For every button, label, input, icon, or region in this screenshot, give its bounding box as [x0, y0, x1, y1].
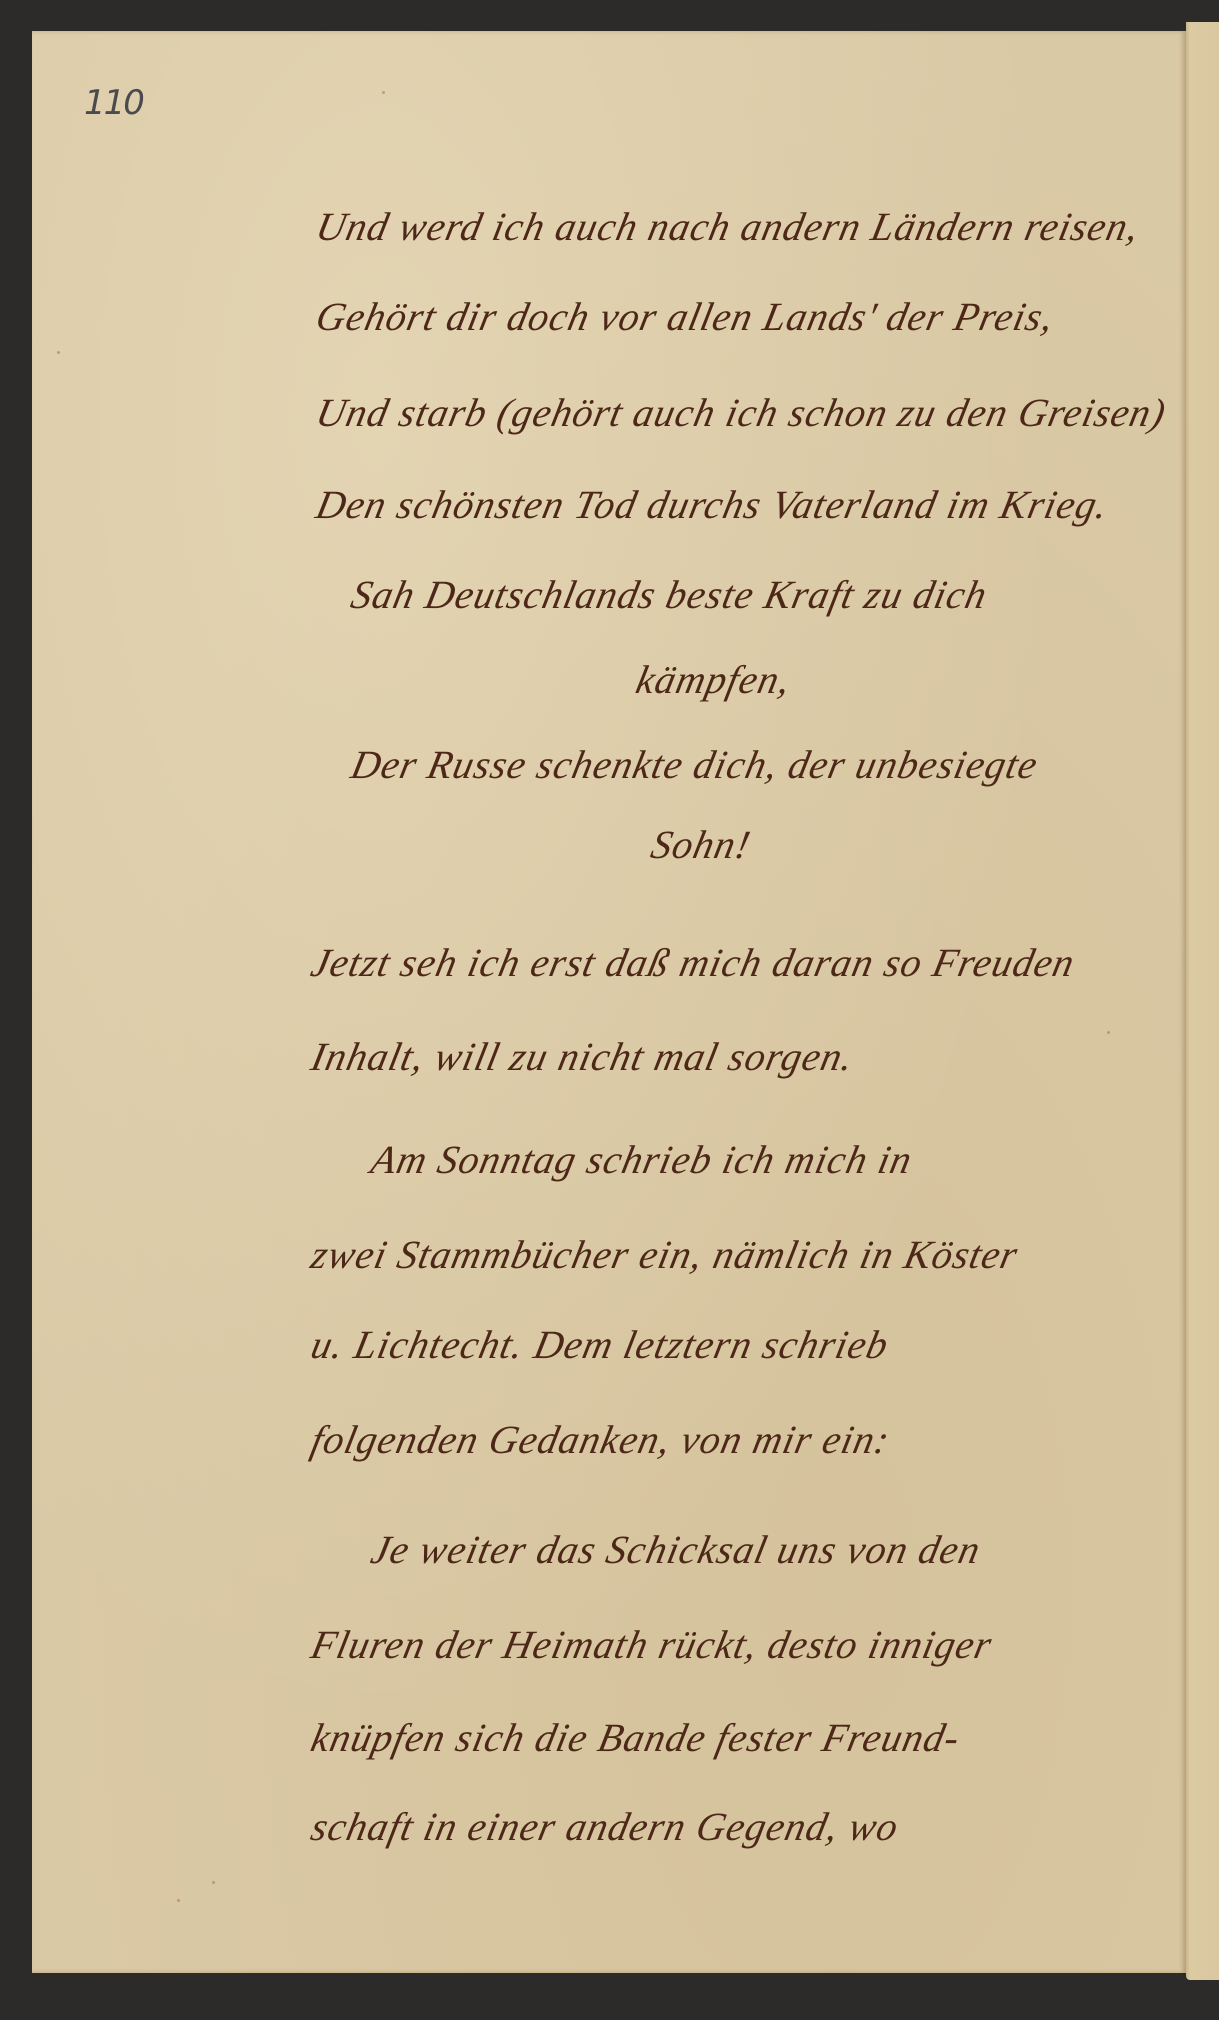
- manuscript-page: 110 Und werd ich auch nach andern Länder…: [32, 31, 1186, 1973]
- poem-line-1: Und werd ich auch nach andern Ländern re…: [312, 203, 1144, 250]
- prose-line-1: Jetzt seh ich erst daß mich daran so Fre…: [307, 939, 1079, 986]
- prose-line-3: Am Sonntag schrieb ich mich in: [367, 1136, 917, 1183]
- prose-line-10: schaft in einer andern Gegend, wo: [307, 1803, 903, 1850]
- prose-line-4: zwei Stammbücher ein, nämlich in Köster: [307, 1231, 1023, 1278]
- prose-line-5: u. Lichtecht. Dem letztern schrieb: [307, 1321, 893, 1368]
- poem-line-3: Und starb (gehört auch ich schon zu den …: [312, 389, 1171, 436]
- poem-line-5-continued: kämpfen,: [632, 656, 796, 703]
- prose-line-2: Inhalt, will zu nicht mal sorgen.: [307, 1033, 859, 1080]
- poem-line-2: Gehört dir doch vor allen Lands' der Pre…: [312, 293, 1059, 340]
- prose-line-6: folgenden Gedanken, von mir ein:: [307, 1416, 894, 1463]
- paper-stain: [1107, 1031, 1110, 1034]
- folio-number: 110: [84, 83, 143, 123]
- poem-line-5: Sah Deutschlands beste Kraft zu dich: [347, 571, 992, 618]
- poem-line-6: Der Russe schenkte dich, der unbesiegte: [347, 741, 1042, 788]
- poem-line-6-continued: Sohn!: [647, 821, 755, 868]
- paper-stain: [382, 91, 385, 94]
- adjacent-page-edge: [1186, 22, 1219, 1980]
- paper-stain: [57, 351, 60, 354]
- poem-line-4: Den schönsten Tod durchs Vaterland im Kr…: [312, 481, 1113, 528]
- prose-line-7: Je weiter das Schicksal uns von den: [367, 1526, 985, 1573]
- prose-line-9: knüpfen sich die Bande fester Freund-: [307, 1714, 965, 1761]
- prose-line-8: Fluren der Heimath rückt, desto inniger: [307, 1621, 997, 1668]
- paper-stain: [177, 1899, 180, 1902]
- paper-stain: [212, 1881, 215, 1884]
